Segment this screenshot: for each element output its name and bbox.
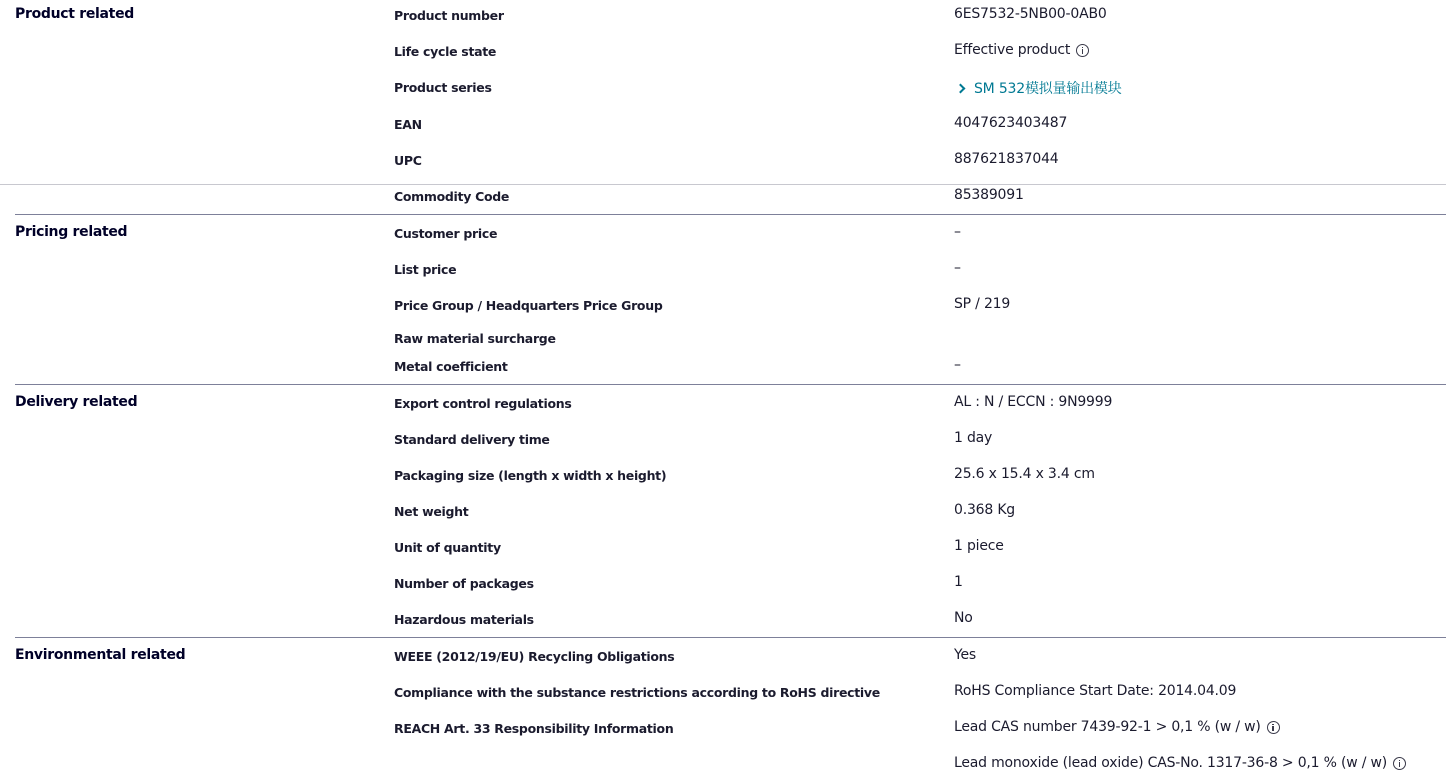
value-reach-lead: Lead CAS number 7439-92-1 > 0,1 % (w / w… (954, 719, 1280, 735)
customer-price-text: – (954, 224, 961, 240)
unit-of-quantity-text: 1 piece (954, 538, 1004, 554)
row-divider (0, 184, 1446, 185)
label-packaging-size: Packaging size (length x width x height) (394, 468, 666, 483)
info-icon[interactable] (1393, 757, 1406, 770)
ean-text: 4047623403487 (954, 115, 1067, 131)
label-export-control: Export control regulations (394, 396, 572, 411)
value-metal-coefficient: – (954, 357, 961, 373)
section-title-product-related: Product related (15, 6, 134, 22)
weee-text: Yes (954, 647, 976, 663)
label-reach-art33: REACH Art. 33 Responsibility Information (394, 721, 673, 736)
reach-lead-text: Lead CAS number 7439-92-1 > 0,1 % (w / w… (954, 719, 1261, 735)
standard-delivery-time-text: 1 day (954, 430, 992, 446)
label-price-group: Price Group / Headquarters Price Group (394, 298, 662, 313)
label-weee: WEEE (2012/19/EU) Recycling Obligations (394, 649, 674, 664)
value-product-number: 6ES7532-5NB00-0AB0 (954, 6, 1107, 22)
product-number-text: 6ES7532-5NB00-0AB0 (954, 6, 1107, 22)
value-packaging-size: 25.6 x 15.4 x 3.4 cm (954, 466, 1095, 482)
upc-text: 887621837044 (954, 151, 1059, 167)
value-unit-of-quantity: 1 piece (954, 538, 1004, 554)
reach-lead-monoxide-text: Lead monoxide (lead oxide) CAS-No. 1317-… (954, 755, 1387, 771)
product-series-link[interactable]: SM 532模拟量输出模块 (954, 78, 1122, 98)
value-standard-delivery-time: 1 day (954, 430, 992, 446)
label-rohs-compliance: Compliance with the substance restrictio… (394, 685, 880, 700)
value-list-price: – (954, 260, 961, 276)
label-number-of-packages: Number of packages (394, 576, 534, 591)
section-title-environmental-related: Environmental related (15, 647, 185, 663)
product-details-table: Product related Product number 6ES7532-5… (0, 0, 1446, 778)
label-product-number: Product number (394, 8, 504, 23)
label-metal-coefficient: Metal coefficient (394, 359, 508, 374)
product-series-link-text: SM 532模拟量输出模块 (974, 78, 1122, 98)
value-ean: 4047623403487 (954, 115, 1067, 131)
commodity-code-text: 85389091 (954, 187, 1024, 203)
metal-coefficient-text: – (954, 357, 961, 373)
value-hazardous-materials: No (954, 610, 973, 626)
export-control-text: AL : N / ECCN : 9N9999 (954, 394, 1112, 410)
chevron-right-icon (956, 83, 966, 93)
value-product-series: SM 532模拟量输出模块 (954, 78, 1122, 98)
label-ean: EAN (394, 117, 422, 132)
value-export-control: AL : N / ECCN : 9N9999 (954, 394, 1112, 410)
label-commodity-code: Commodity Code (394, 189, 509, 204)
life-cycle-state-text: Effective product (954, 42, 1070, 58)
label-customer-price: Customer price (394, 226, 497, 241)
label-hazardous-materials: Hazardous materials (394, 612, 534, 627)
value-number-of-packages: 1 (954, 574, 963, 590)
info-icon[interactable] (1076, 44, 1089, 57)
value-customer-price: – (954, 224, 961, 240)
section-divider (15, 214, 1446, 215)
value-rohs-compliance: RoHS Compliance Start Date: 2014.04.09 (954, 683, 1236, 699)
value-reach-lead-monoxide: Lead monoxide (lead oxide) CAS-No. 1317-… (954, 755, 1406, 771)
value-upc: 887621837044 (954, 151, 1059, 167)
section-title-pricing-related: Pricing related (15, 224, 127, 240)
label-list-price: List price (394, 262, 456, 277)
packaging-size-text: 25.6 x 15.4 x 3.4 cm (954, 466, 1095, 482)
section-divider (15, 384, 1446, 385)
value-price-group: SP / 219 (954, 296, 1010, 312)
label-raw-material-surcharge: Raw material surcharge (394, 331, 556, 346)
label-standard-delivery-time: Standard delivery time (394, 432, 550, 447)
number-of-packages-text: 1 (954, 574, 963, 590)
label-net-weight: Net weight (394, 504, 468, 519)
info-icon[interactable] (1267, 721, 1280, 734)
value-net-weight: 0.368 Kg (954, 502, 1015, 518)
label-unit-of-quantity: Unit of quantity (394, 540, 501, 555)
rohs-compliance-text: RoHS Compliance Start Date: 2014.04.09 (954, 683, 1236, 699)
value-life-cycle-state: Effective product (954, 42, 1089, 58)
section-divider (15, 637, 1446, 638)
price-group-text: SP / 219 (954, 296, 1010, 312)
list-price-text: – (954, 260, 961, 276)
label-product-series: Product series (394, 80, 492, 95)
label-upc: UPC (394, 153, 422, 168)
label-life-cycle-state: Life cycle state (394, 44, 496, 59)
section-title-delivery-related: Delivery related (15, 394, 137, 410)
hazardous-materials-text: No (954, 610, 973, 626)
value-weee: Yes (954, 647, 976, 663)
value-commodity-code: 85389091 (954, 187, 1024, 203)
net-weight-text: 0.368 Kg (954, 502, 1015, 518)
